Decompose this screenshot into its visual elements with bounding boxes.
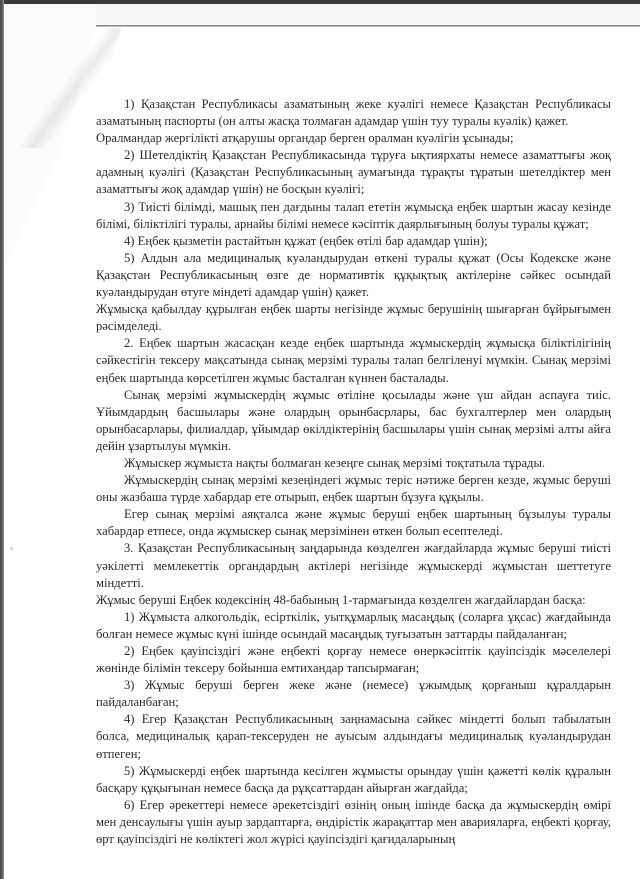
paragraph: 3. Қазақстан Республикасының заңдарында …	[96, 540, 611, 591]
paragraph: Жұмыс беруші Еңбек кодексінің 48-бабының…	[96, 592, 611, 609]
paragraph: Жұмыскердің сынақ мерзімі кезеңіндегі жұ…	[96, 472, 611, 506]
paragraph: 6) Егер әрекеттері немесе әрекетсіздігі …	[96, 797, 611, 848]
paragraph: Оралмандар жергілікті атқарушы органдар …	[96, 130, 611, 147]
paragraph: 1) Қазақстан Республикасы азаматының жек…	[96, 96, 611, 130]
paragraph: 3) Тиісті білімді, машық пен дағдыны тал…	[96, 199, 611, 233]
paragraph: 4) Егер Қазақстан Республикасының заңнам…	[96, 711, 611, 762]
paragraph: 4) Еңбек қызметін растайтын құжат (еңбек…	[96, 233, 611, 250]
paragraph: 2) Шетелдіктің Қазақстан Республикасында…	[96, 147, 611, 198]
paragraph: Егер сынақ мерзімі аяқталса және жұмыс б…	[96, 506, 611, 540]
paragraph: 5) Жұмыскерді еңбек шартында кесілген жұ…	[96, 763, 611, 797]
scanned-page: 1) Қазақстан Республикасы азаматының жек…	[0, 0, 640, 879]
page-top-edge	[90, 25, 640, 27]
paragraph: 2. Еңбек шартын жасасқан кезде еңбек шар…	[96, 335, 611, 386]
paragraph: Сынақ мерзімі жұмыскердің жұмыс өтіліне …	[96, 387, 611, 455]
scanner-frame-left	[0, 0, 4, 879]
underlying-page	[4, 4, 640, 26]
document-body: 1) Қазақстан Республикасы азаматының жек…	[96, 96, 611, 848]
paragraph: 1) Жұмыста алкогольдік, есірткілік, уытқ…	[96, 609, 611, 643]
paragraph: Жұмысқа қабылдау құрылған еңбек шарты не…	[96, 301, 611, 335]
paragraph: 3) Жұмыс беруші берген жеке және (немесе…	[96, 677, 611, 711]
scan-speck	[10, 547, 13, 550]
paragraph: Жұмыскер жұмыста нақты болмаған кезеңге …	[96, 455, 611, 472]
paragraph: 2) Еңбек қауіпсіздігі және еңбекті қорға…	[96, 643, 611, 677]
paragraph: 5) Алдын ала медициналық куәландырудан ө…	[96, 250, 611, 301]
